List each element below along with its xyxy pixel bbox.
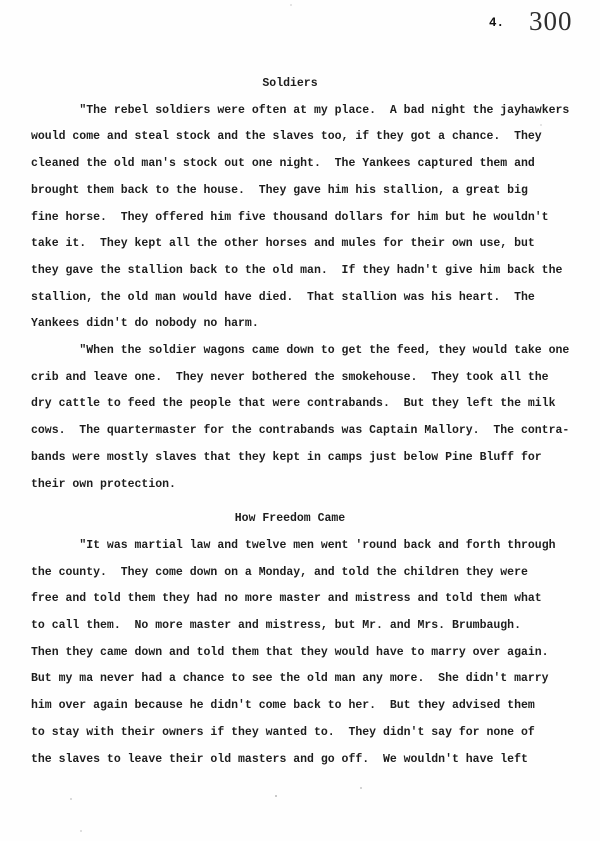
- scan-speck: [70, 798, 72, 800]
- section-heading-how-freedom-came: How Freedom Came: [18, 506, 562, 533]
- paragraph-rebel-soldiers: "The rebel soldiers were often at my pla…: [31, 98, 575, 338]
- scan-speck: [275, 795, 277, 797]
- scan-speck: [290, 4, 292, 6]
- document-body: Soldiers "The rebel soldiers were often …: [31, 71, 575, 773]
- stamped-page-number: 300: [529, 6, 573, 37]
- scan-speck: [80, 830, 82, 832]
- paragraph-soldier-wagons: "When the soldier wagons came down to ge…: [31, 338, 575, 498]
- paragraph-martial-law: "It was martial law and twelve men went …: [31, 533, 575, 773]
- scanned-document-page: 4. 300 Soldiers "The rebel soldiers were…: [0, 0, 600, 841]
- scan-speck: [540, 124, 542, 126]
- section-heading-soldiers: Soldiers: [18, 71, 562, 98]
- scan-speck: [360, 787, 362, 789]
- typed-page-number: 4.: [489, 16, 504, 30]
